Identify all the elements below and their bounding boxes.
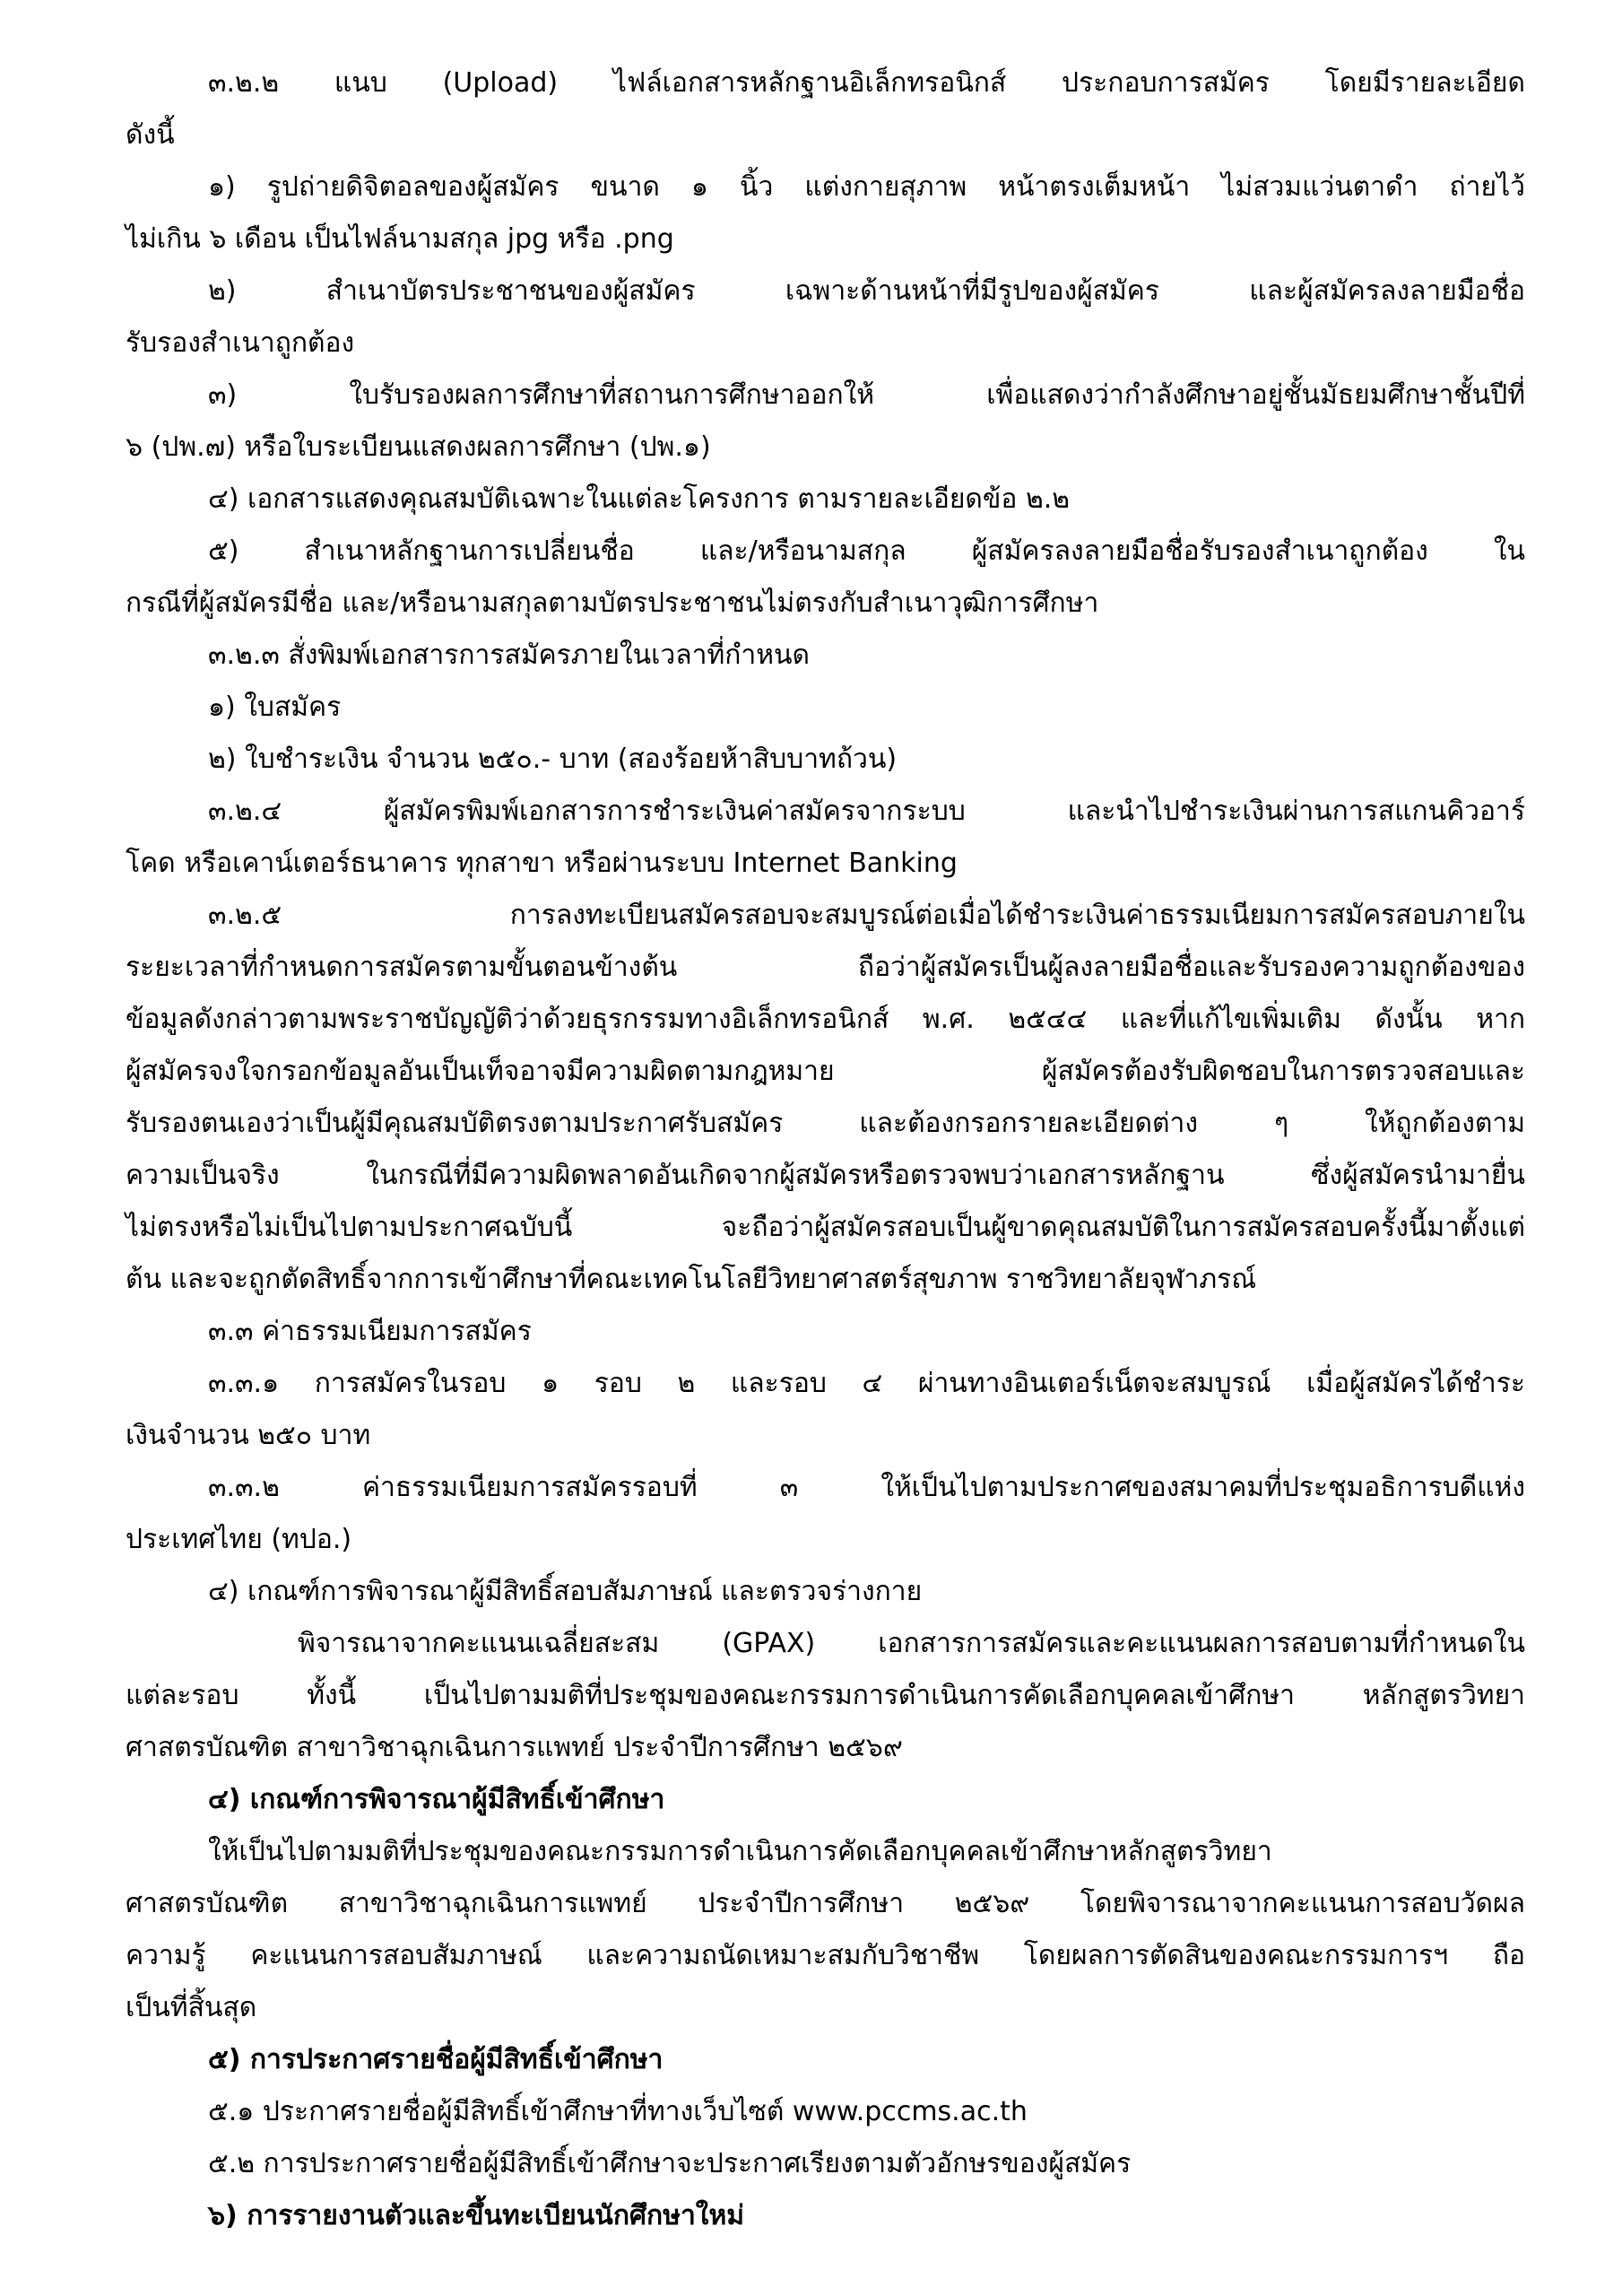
text-line: ๓.๒.๔ ผู้สมัครพิมพ์เอกสารการชำระเงินค่าส… (126, 786, 1525, 838)
text-line: ศาสตรบัณฑิต สาขาวิชาฉุกเฉินการแพทย์ ประจ… (126, 1722, 1525, 1774)
text-line: ๓.๒.๓ สั่งพิมพ์เอกสารการสมัครภายในเวลาที… (126, 630, 1525, 682)
text-line: ไม่ตรงหรือไม่เป็นไปตามประกาศฉบับนี้ จะถื… (126, 1202, 1525, 1254)
text-line: พิจารณาจากคะแนนเฉลี่ยสะสม (GPAX) เอกสารก… (126, 1618, 1525, 1670)
text-line: รับรองสำเนาถูกต้อง (126, 317, 1525, 370)
text-line: เงินจำนวน ๒๕๐ บาท (126, 1410, 1525, 1462)
text-line: ๒) สำเนาบัตรประชาชนของผู้สมัคร เฉพาะด้าน… (126, 265, 1525, 317)
text-line: ศาสตรบัณฑิต สาขาวิชาฉุกเฉินการแพทย์ ประจ… (126, 1878, 1525, 1930)
text-line: ๑) รูปถ่ายดิจิตอลของผู้สมัคร ขนาด ๑ นิ้ว… (126, 161, 1525, 213)
text-line: ๓.๓.๒ ค่าธรรมเนียมการสมัครรอบที่ ๓ ให้เป… (126, 1462, 1525, 1514)
text-line: ไม่เกิน ๖ เดือน เป็นไฟล์นามสกุล jpg หรือ… (126, 213, 1525, 265)
text-line: เป็นที่สิ้นสุด (126, 1982, 1525, 2034)
text-line: ข้อมูลดังกล่าวตามพระราชบัญญัติว่าด้วยธุร… (126, 994, 1525, 1046)
text-line: ผู้สมัครจงใจกรอกข้อมูลอันเป็นเท็จอาจมีคว… (126, 1046, 1525, 1098)
text-line: ระยะเวลาที่กำหนดการสมัครตามขั้นตอนข้างต้… (126, 942, 1525, 994)
text-line: กรณีที่ผู้สมัครมีชื่อ และ/หรือนามสกุลตาม… (126, 578, 1525, 630)
text-line: โคด หรือเคาน์เตอร์ธนาคาร ทุกสาขา หรือผ่า… (126, 838, 1525, 890)
document-page: ๓.๒.๒ แนบ (Upload) ไฟล์เอกสารหลักฐานอิเล… (0, 0, 1622, 2296)
text-line: รับรองตนเองว่าเป็นผู้มีคุณสมบัติตรงตามปร… (126, 1098, 1525, 1150)
section-heading: ๖) การรายงานตัวและขึ้นทะเบียนนักศึกษาใหม… (126, 2190, 1525, 2242)
text-line: ๕.๑ ประกาศรายชื่อผู้มีสิทธิ์เข้าศึกษาที่… (126, 2086, 1525, 2138)
text-line: ๔) เกณฑ์การพิจารณาผู้มีสิทธิ์สอบสัมภาษณ์… (126, 1566, 1525, 1618)
text-line: ดังนี้ (126, 109, 1525, 161)
section-heading: ๕) การประกาศรายชื่อผู้มีสิทธิ์เข้าศึกษา (126, 2034, 1525, 2086)
text-line: ๓.๒.๕ การลงทะเบียนสมัครสอบจะสมบูรณ์ต่อเม… (126, 890, 1525, 942)
text-line: ๑) ใบสมัคร (126, 682, 1525, 734)
text-line: ๓.๒.๒ แนบ (Upload) ไฟล์เอกสารหลักฐานอิเล… (126, 57, 1525, 109)
text-line: ความรู้ คะแนนการสอบสัมภาษณ์ และความถนัดเ… (126, 1930, 1525, 1982)
text-line: ๕.๒ การประกาศรายชื่อผู้มีสิทธิ์เข้าศึกษา… (126, 2138, 1525, 2190)
text-line: ๓.๓.๑ การสมัครในรอบ ๑ รอบ ๒ และรอบ ๔ ผ่า… (126, 1358, 1525, 1410)
text-line: ๒) ใบชำระเงิน จำนวน ๒๕๐.- บาท (สองร้อยห้… (126, 734, 1525, 786)
text-line: ต้น และจะถูกตัดสิทธิ์จากการเข้าศึกษาที่ค… (126, 1254, 1525, 1306)
text-line: ๔) เอกสารแสดงคุณสมบัติเฉพาะในแต่ละโครงกา… (126, 474, 1525, 526)
text-line: ๖ (ปพ.๗) หรือใบระเบียนแสดงผลการศึกษา (ปพ… (126, 422, 1525, 474)
text-line: ๓) ใบรับรองผลการศึกษาที่สถานการศึกษาออกใ… (126, 370, 1525, 422)
section-heading: ๔) เกณฑ์การพิจารณาผู้มีสิทธิ์เข้าศึกษา (126, 1774, 1525, 1826)
text-line: แต่ละรอบ ทั้งนี้ เป็นไปตามมติที่ประชุมขอ… (126, 1670, 1525, 1722)
text-line: ความเป็นจริง ในกรณีที่มีความผิดพลาดอันเก… (126, 1150, 1525, 1202)
text-line: ๓.๓ ค่าธรรมเนียมการสมัคร (126, 1306, 1525, 1358)
text-line: ๕) สำเนาหลักฐานการเปลี่ยนชื่อ และ/หรือนา… (126, 526, 1525, 578)
text-line: ประเทศไทย (ทปอ.) (126, 1514, 1525, 1566)
text-line: ให้เป็นไปตามมติที่ประชุมของคณะกรรมการดำเ… (126, 1826, 1525, 1878)
